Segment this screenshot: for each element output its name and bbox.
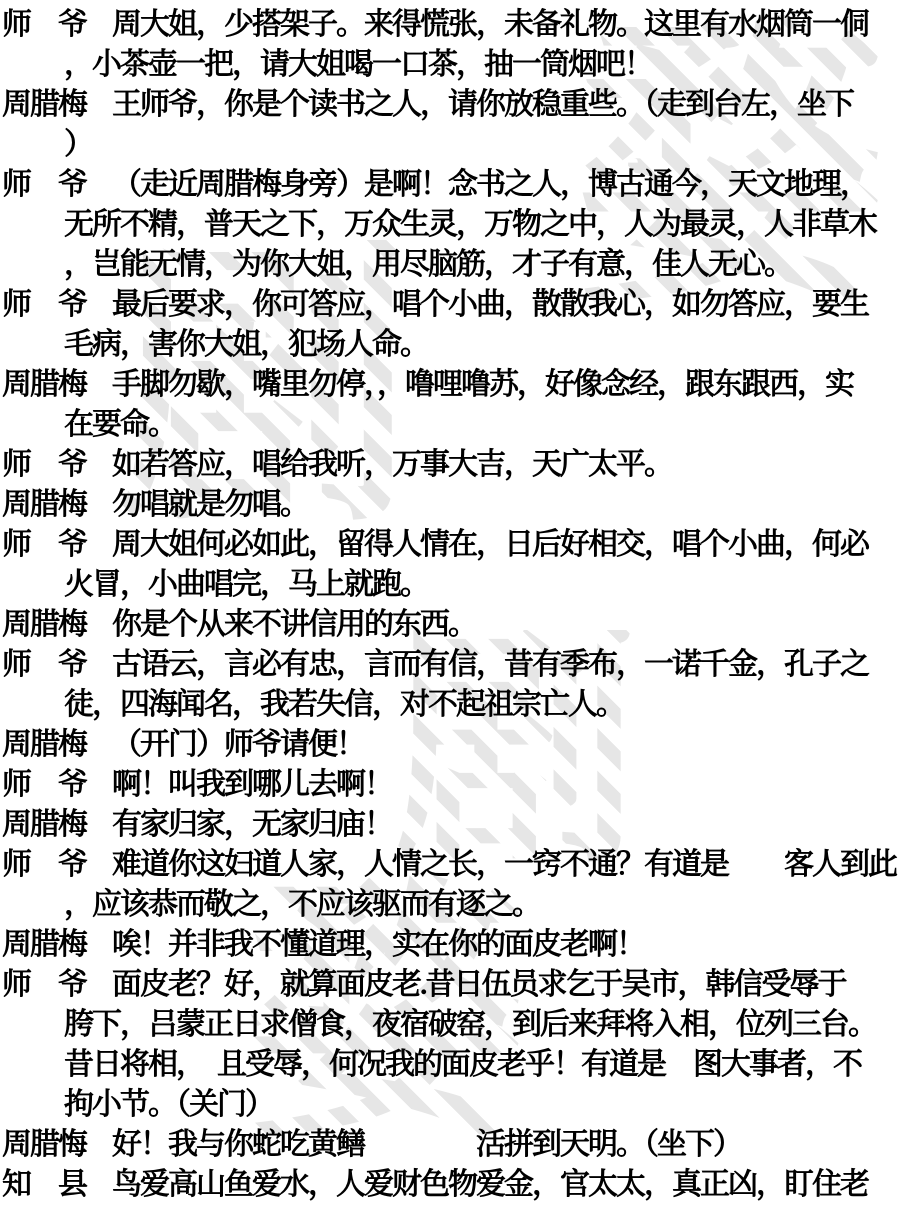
script-line: 师 爷啊！叫我到哪儿去啊！ [0, 765, 900, 805]
script-line: 师 爷难道你这妇道人家，人情之长，一窍不通？有道是 客人到此 [0, 845, 900, 885]
dialogue-text: 昔日将相， 且受辱，何况我的面皮老乎！有道是 图大事者，不 [64, 1045, 861, 1085]
speaker-name: 周腊梅 [2, 605, 86, 645]
script-line: 师 爷周大姐，少搭架子。来得慌张，未备礼物。这里有水烟筒一侗 [0, 5, 900, 45]
speaker-name: 师 爷 [2, 525, 86, 565]
script-line: 周腊梅唉！并非我不懂道理，实在你的面皮老啊！ [0, 925, 900, 965]
script-line: 昔日将相， 且受辱，何况我的面皮老乎！有道是 图大事者，不 [0, 1045, 900, 1085]
script-line: 周腊梅王师爷，你是个读书之人，请你放稳重些。（走到台左，坐下 [0, 85, 900, 125]
dialogue-text: 啊！叫我到哪儿去啊！ [112, 765, 392, 805]
script-line: 周腊梅勿唱就是勿唱。 [0, 485, 900, 525]
script-line: 师 爷古语云，言必有忠，言而有信，昔有季布，一诺千金，孔子之 [0, 645, 900, 685]
dialogue-text: 古语云，言必有忠，言而有信，昔有季布，一诺千金，孔子之 [112, 645, 868, 685]
script-line: 徒，四海闻名，我若失信，对不起祖宗亡人。 [0, 685, 900, 725]
script-text: 师 爷周大姐，少搭架子。来得慌张，未备礼物。这里有水烟筒一侗，小茶壶一把，请大姐… [0, 5, 900, 1205]
dialogue-text: ，岂能无情，为你大姐，用尽脑筋，才子有意，佳人无心。 [64, 245, 792, 285]
speaker-name: 周腊梅 [2, 365, 86, 405]
dialogue-text: 毛病，害你大姐，犯场人命。 [64, 325, 428, 365]
dialogue-text: 周大姐何必如此，留得人情在，日后好相交，唱个小曲，何必 [112, 525, 868, 565]
speaker-name: 师 爷 [2, 845, 86, 885]
dialogue-text: 如若答应，唱给我听，万事大吉，天广太平。 [112, 445, 672, 485]
script-line: 师 爷（走近周腊梅身旁）是啊！念书之人，博古通今，天文地理， [0, 165, 900, 205]
script-line: 在要命。 [0, 405, 900, 445]
speaker-name: 师 爷 [2, 5, 86, 45]
dialogue-text: ，小茶壶一把，请大姐喝一口茶，抽一筒烟吧！ [64, 45, 652, 85]
script-line: ） [0, 125, 900, 165]
dialogue-text: 王师爷，你是个读书之人，请你放稳重些。（走到台左，坐下 [112, 85, 853, 125]
dialogue-text: 难道你这妇道人家，人情之长，一窍不通？有道是 客人到此 [112, 845, 896, 885]
speaker-name: 师 爷 [2, 285, 86, 325]
document-page: 婺剧剧婺 师 爷周大姐，少搭架子。来得慌张，未备礼物。这里有水烟筒一侗，小茶壶一… [0, 0, 900, 1205]
script-line: 毛病，害你大姐，犯场人命。 [0, 325, 900, 365]
script-line: 师 爷最后要求，你可答应，唱个小曲，散散我心，如勿答应，要生 [0, 285, 900, 325]
dialogue-text: 胯下，吕蒙正日求僧食，夜宿破窑，到后来拜将入相，位列三台。 [64, 1005, 876, 1045]
dialogue-text: 你是个从来不讲信用的东西。 [112, 605, 476, 645]
script-line: 胯下，吕蒙正日求僧食，夜宿破窑，到后来拜将入相，位列三台。 [0, 1005, 900, 1045]
speaker-name: 师 爷 [2, 765, 86, 805]
script-line: ，小茶壶一把，请大姐喝一口茶，抽一筒烟吧！ [0, 45, 900, 85]
dialogue-text: 最后要求，你可答应，唱个小曲，散散我心，如勿答应，要生 [112, 285, 868, 325]
script-line: 周腊梅（开门）师爷请便！ [0, 725, 900, 765]
script-line: 周腊梅手脚勿歇，嘴里勿停，，噜哩噜苏，好像念经，跟东跟西，实 [0, 365, 900, 405]
dialogue-text: 手脚勿歇，嘴里勿停，，噜哩噜苏，好像念经，跟东跟西，实 [112, 365, 853, 405]
dialogue-text: 无所不精，普天之下，万众生灵，万物之中，人为最灵，人非草木 [64, 205, 876, 245]
speaker-name: 师 爷 [2, 965, 86, 1005]
speaker-name: 周腊梅 [2, 925, 86, 965]
dialogue-text: 火冒，小曲唱完，马上就跑。 [64, 565, 428, 605]
speaker-name: 周腊梅 [2, 85, 86, 125]
script-line: 火冒，小曲唱完，马上就跑。 [0, 565, 900, 605]
speaker-name: 知 县 [2, 1165, 86, 1205]
script-line: 师 爷面皮老？好，就算面皮老.昔日伍员求乞于吴市，韩信受辱于 [0, 965, 900, 1005]
dialogue-text: 在要命。 [64, 405, 176, 445]
script-line: ，应该恭而敬之，不应该驱而有逐之。 [0, 885, 900, 925]
dialogue-text: ，应该恭而敬之，不应该驱而有逐之。 [64, 885, 540, 925]
speaker-name: 周腊梅 [2, 805, 86, 845]
speaker-name: 周腊悔 [2, 1125, 86, 1165]
dialogue-text: 面皮老？好，就算面皮老.昔日伍员求乞于吴市，韩信受辱于 [112, 965, 846, 1005]
speaker-name: 周腊梅 [2, 725, 86, 765]
dialogue-text: 拘小节。（关门） [64, 1085, 273, 1125]
script-line: 无所不精，普天之下，万众生灵，万物之中，人为最灵，人非草木 [0, 205, 900, 245]
dialogue-text: 有家归家，无家归庙！ [112, 805, 392, 845]
script-line: ，岂能无情，为你大姐，用尽脑筋，才子有意，佳人无心。 [0, 245, 900, 285]
speaker-name: 师 爷 [2, 645, 86, 685]
dialogue-text: （走近周腊梅身旁）是啊！念书之人，博古通今，天文地理， [112, 165, 868, 205]
dialogue-text: 徒，四海闻名，我若失信，对不起祖宗亡人。 [64, 685, 624, 725]
dialogue-text: 唉！并非我不懂道理，实在你的面皮老啊！ [112, 925, 644, 965]
script-line: 师 爷如若答应，唱给我听，万事大吉，天广太平。 [0, 445, 900, 485]
script-line: 知 县鸟爱高山鱼爱水，人爱财色物爱金，官太太，真正凶，盯住老 [0, 1165, 900, 1205]
script-line: 周腊梅你是个从来不讲信用的东西。 [0, 605, 900, 645]
speaker-name: 师 爷 [2, 165, 86, 205]
script-line: 拘小节。（关门） [0, 1085, 900, 1125]
script-line: 周腊梅有家归家，无家归庙！ [0, 805, 900, 845]
dialogue-text: （开门）师爷请便！ [112, 725, 364, 765]
dialogue-text: 好！我与你蛇吃黄鳝 活拼到天明。（坐下） [112, 1125, 741, 1165]
dialogue-text: 勿唱就是勿唱。 [112, 485, 308, 525]
script-line: 师 爷周大姐何必如此，留得人情在，日后好相交，唱个小曲，何必 [0, 525, 900, 565]
dialogue-text: 周大姐，少搭架子。来得慌张，未备礼物。这里有水烟筒一侗 [112, 5, 868, 45]
dialogue-text: 鸟爱高山鱼爱水，人爱财色物爱金，官太太，真正凶，盯住老 [112, 1165, 868, 1205]
speaker-name: 周腊梅 [2, 485, 86, 525]
dialogue-text: ） [64, 125, 92, 165]
script-line: 周腊悔好！我与你蛇吃黄鳝 活拼到天明。（坐下） [0, 1125, 900, 1165]
speaker-name: 师 爷 [2, 445, 86, 485]
